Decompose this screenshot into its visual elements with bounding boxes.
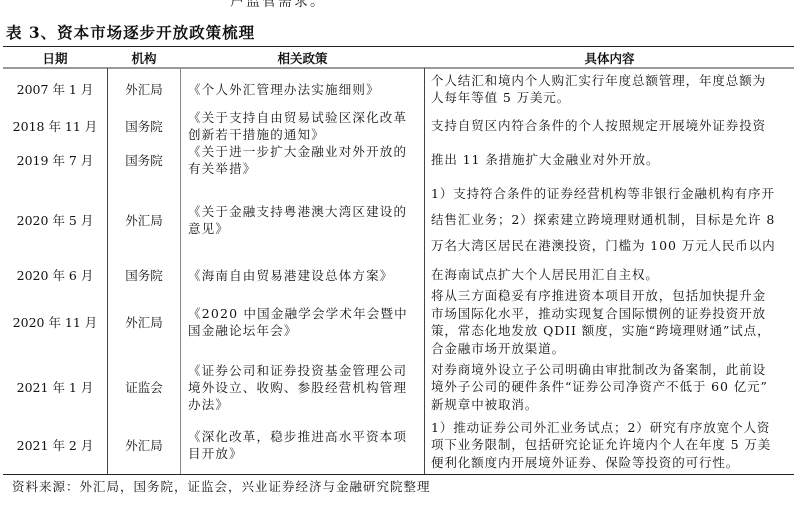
cell-policy: 《2020 中国金融学会学术年会暨中国金融论坛年会》 xyxy=(188,286,418,358)
cell-policy: 《关于金融支持粤港澳大湾区建设的意见》 xyxy=(188,178,418,262)
cell-content: 将从三方面稳妥有序推进资本项目开放，包括加快提升金 市场国际化水平，推动实现复合… xyxy=(431,286,794,358)
cell-policy: 《深化改革，稳步推进高水平资本项目开放》 xyxy=(188,416,418,474)
cell-policy: 《关于支持自由贸易试验区深化改革创新若干措施的通知》 xyxy=(188,106,418,146)
table-row: 2021 年 1 月 证监会 《证券公司和证券投资基金管理公司境外设立、收购、参… xyxy=(0,358,794,416)
column-header-org: 机构 xyxy=(108,49,180,67)
cell-date: 2021 年 2 月 xyxy=(3,416,107,474)
column-header-policy: 相关政策 xyxy=(181,49,424,67)
table-bottom-rule xyxy=(3,474,794,475)
table-header: 日期 机构 相关政策 具体内容 xyxy=(0,47,794,67)
cell-content: 支持自贸区内符合条件的个人按照规定开展境外证券投资 xyxy=(431,106,794,146)
cell-org: 外汇局 xyxy=(108,286,180,358)
cell-org: 外汇局 xyxy=(108,178,180,262)
cell-date: 2018 年 11 月 xyxy=(3,106,107,146)
table-row: 2021 年 2 月 外汇局 《深化改革，稳步推进高水平资本项目开放》 1）推动… xyxy=(0,416,794,474)
cell-content: 对券商境外设立子公司明确由审批制改为备案制，此前设 境外子公司的硬件条件“证券公… xyxy=(431,358,794,416)
table-row: 2019 年 7 月 国务院 《关于进一步扩大金融业对外开放的有关举措》 推出 … xyxy=(0,142,794,178)
cell-org: 国务院 xyxy=(108,262,180,288)
column-header-content: 具体内容 xyxy=(425,49,794,67)
cell-date: 2020 年 5 月 xyxy=(3,178,107,262)
cell-org: 外汇局 xyxy=(108,416,180,474)
cell-policy: 《证券公司和证券投资基金管理公司境外设立、收购、参股经营机构管理办法》 xyxy=(188,358,418,416)
cell-content: 1）推动证券公司外汇业务试点；2）研究有序放宽个人资 项下业务限制，包括研究论证… xyxy=(431,416,794,474)
table-row: 2007 年 1 月 外汇局 《个人外汇管理办法实施细则》 个人结汇和境内个人购… xyxy=(0,68,794,110)
cell-org: 国务院 xyxy=(108,142,180,178)
page-fragment-top: 户监管需求。 xyxy=(230,0,326,11)
cell-policy: 《个人外汇管理办法实施细则》 xyxy=(188,68,418,110)
cell-org: 国务院 xyxy=(108,106,180,146)
cell-org: 外汇局 xyxy=(108,68,180,110)
cell-date: 2019 年 7 月 xyxy=(3,142,107,178)
cell-date: 2020 年 11 月 xyxy=(3,286,107,358)
column-header-date: 日期 xyxy=(3,49,107,67)
table-row: 2020 年 11 月 外汇局 《2020 中国金融学会学术年会暨中国金融论坛年… xyxy=(0,286,794,358)
cell-content: 个人结汇和境内个人购汇实行年度总额管理，年度总额为 人每年等值 5 万美元。 xyxy=(431,68,794,110)
table-row: 2020 年 5 月 外汇局 《关于金融支持粤港澳大湾区建设的意见》 1）支持符… xyxy=(0,178,794,262)
cell-org: 证监会 xyxy=(108,358,180,416)
cell-content: 在海南试点扩大个人居民用汇自主权。 xyxy=(431,262,794,288)
cell-date: 2007 年 1 月 xyxy=(3,68,107,110)
source-note: 资料来源：外汇局，国务院，证监会，兴业证券经济与金融研究院整理 xyxy=(12,477,431,495)
cell-content: 推出 11 条措施扩大金融业对外开放。 xyxy=(431,142,794,178)
table-title: 表 3、资本市场逐步开放政策梳理 xyxy=(6,21,255,43)
table-row: 2018 年 11 月 国务院 《关于支持自由贸易试验区深化改革创新若干措施的通… xyxy=(0,106,794,146)
cell-policy: 《关于进一步扩大金融业对外开放的有关举措》 xyxy=(188,142,418,178)
cell-date: 2020 年 6 月 xyxy=(3,262,107,288)
table-row: 2020 年 6 月 国务院 《海南自由贸易港建设总体方案》 在海南试点扩大个人… xyxy=(0,262,794,288)
cell-policy: 《海南自由贸易港建设总体方案》 xyxy=(188,262,418,288)
cell-content: 1）支持符合条件的证券经营机构等非银行金融机构有序开 结售汇业务；2）探索建立跨… xyxy=(431,178,794,262)
cell-date: 2021 年 1 月 xyxy=(3,358,107,416)
